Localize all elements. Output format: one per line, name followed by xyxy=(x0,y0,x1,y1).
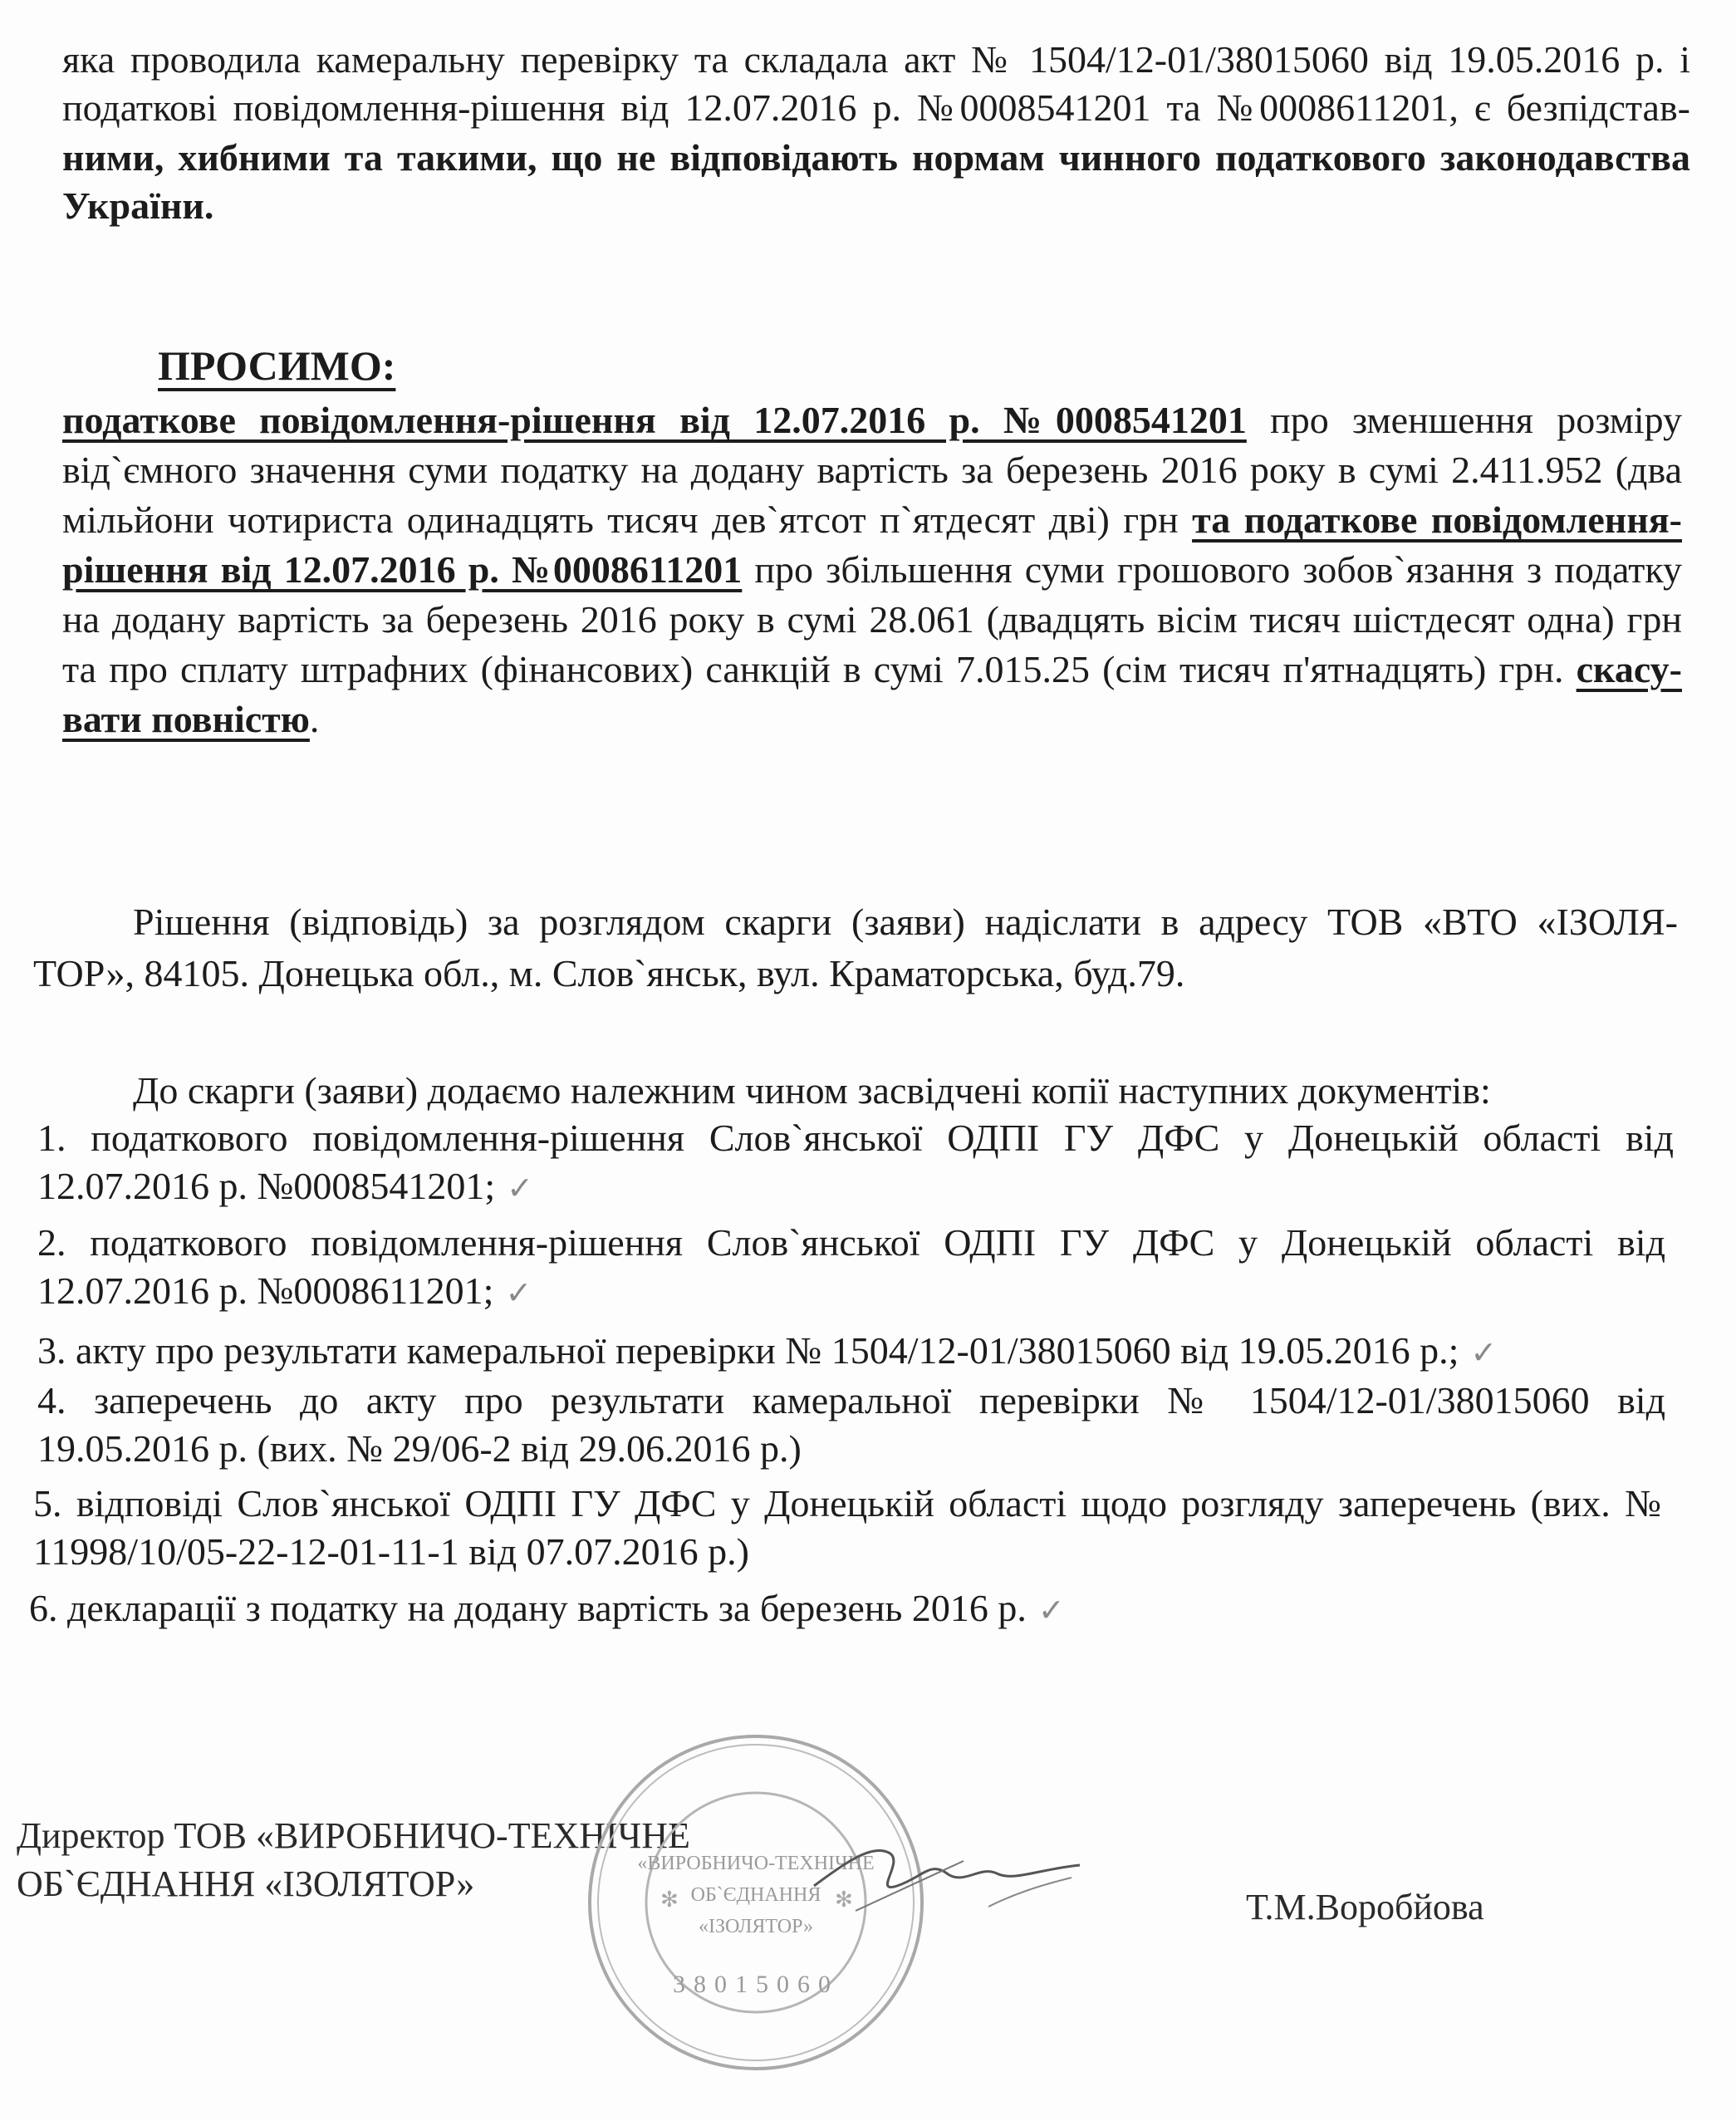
cancel-phrase-start: скасу- xyxy=(1577,648,1682,690)
cancel-phrase-end: вати повністю xyxy=(62,698,310,740)
handwritten-signature-icon xyxy=(797,1828,1096,1919)
request-line-7-tail: . xyxy=(310,698,320,740)
request-heading: ПРОСИМО: xyxy=(158,342,395,389)
response-line-1: Рішення (відповідь) за розглядом скарги … xyxy=(133,899,1678,945)
check-mark-icon: ✓ xyxy=(507,1171,533,1206)
attachment-3-text: 3. акту про результати камеральної перев… xyxy=(37,1329,1459,1372)
attachment-2-line-1: 2. податкового повідомлення-рішення Слов… xyxy=(37,1220,1665,1266)
attachment-1-line-2: 12.07.2016 р. №0008541201;✓ xyxy=(37,1163,533,1212)
request-line-4: рішення від 12.07.2016 р. №0008611201 пр… xyxy=(62,547,1682,593)
request-line-1-rest: про зменшення розміру xyxy=(1247,399,1682,441)
attachment-1-line-1: 1. податкового повідомлення-рішення Слов… xyxy=(37,1115,1674,1161)
attachment-3-line-1: 3. акту про результати камеральної перев… xyxy=(37,1328,1497,1377)
signatory-name: Т.М.Воробйова xyxy=(1246,1884,1484,1931)
svg-text:38015060: 38015060 xyxy=(673,1971,839,1998)
intro-line-1: яка проводила камеральну перевірку та ск… xyxy=(62,37,1690,83)
svg-text:✻: ✻ xyxy=(660,1888,679,1912)
check-mark-icon: ✓ xyxy=(1038,1593,1065,1628)
svg-text:«ІЗОЛЯТОР»: «ІЗОЛЯТОР» xyxy=(699,1916,813,1937)
attachment-2-line-2: 12.07.2016 р. №0008611201;✓ xyxy=(37,1268,532,1317)
intro-line-2: податкові повідомлення-рішення від 12.07… xyxy=(62,85,1690,131)
request-line-5: на додану вартість за березень 2016 року… xyxy=(62,597,1682,643)
request-line-2: від`ємного значення суми податку на дода… xyxy=(62,447,1682,493)
intro-line-4: України. xyxy=(62,183,213,229)
signatory-title-line-2: ОБ`ЄДНАННЯ «ІЗОЛЯТОР» xyxy=(17,1861,474,1907)
check-mark-icon: ✓ xyxy=(505,1276,532,1311)
request-line-7: вати повністю. xyxy=(62,696,319,743)
tax-decision-1-ref: податкове повідомлення-рішення від 12.07… xyxy=(62,399,1247,441)
attachment-5-line-1: 5. відповіді Слов`янської ОДПІ ГУ ДФС у … xyxy=(33,1480,1661,1527)
request-line-3-plain: мільйони чотириста одинадцять тисяч дев`… xyxy=(62,498,1192,541)
response-line-2: ТОР», 84105. Донецька обл., м. Слов`янсь… xyxy=(33,950,1184,997)
attachments-intro: До скарги (заяви) додаємо належним чином… xyxy=(133,1068,1491,1114)
tax-decision-2-ref-start: та податкове повідомлення- xyxy=(1192,498,1682,541)
attachment-4-line-2: 19.05.2016 р. (вих. № 29/06-2 від 29.06.… xyxy=(37,1426,802,1472)
tax-decision-2-ref-end: рішення від 12.07.2016 р. №0008611201 xyxy=(62,548,742,591)
request-line-1: податкове повідомлення-рішення від 12.07… xyxy=(62,397,1682,444)
request-line-6: та про сплату штрафних (фінансових) санк… xyxy=(62,646,1682,693)
request-line-4-rest: про збільшення суми грошового зобов`язан… xyxy=(742,548,1682,591)
attachment-4-line-1: 4. заперечень до акту про результати кам… xyxy=(37,1377,1665,1424)
attachment-1-text: 12.07.2016 р. №0008541201; xyxy=(37,1165,495,1207)
intro-line-3: ними, хибними та такими, що не відповіда… xyxy=(62,135,1690,181)
attachment-2-text: 12.07.2016 р. №0008611201; xyxy=(37,1269,493,1312)
attachment-5-line-2: 11998/10/05-22-12-01-11-1 від 07.07.2016… xyxy=(33,1529,749,1575)
check-mark-icon: ✓ xyxy=(1470,1336,1497,1371)
attachment-6-text: 6. декларації з податку на додану вартіс… xyxy=(29,1587,1027,1629)
attachment-6-line-1: 6. декларації з податку на додану вартіс… xyxy=(29,1585,1065,1634)
request-line-6-plain: та про сплату штрафних (фінансових) санк… xyxy=(62,648,1577,690)
request-line-3: мільйони чотириста одинадцять тисяч дев`… xyxy=(62,497,1682,543)
document-page: яка проводила камеральну перевірку та ск… xyxy=(0,0,1736,2121)
